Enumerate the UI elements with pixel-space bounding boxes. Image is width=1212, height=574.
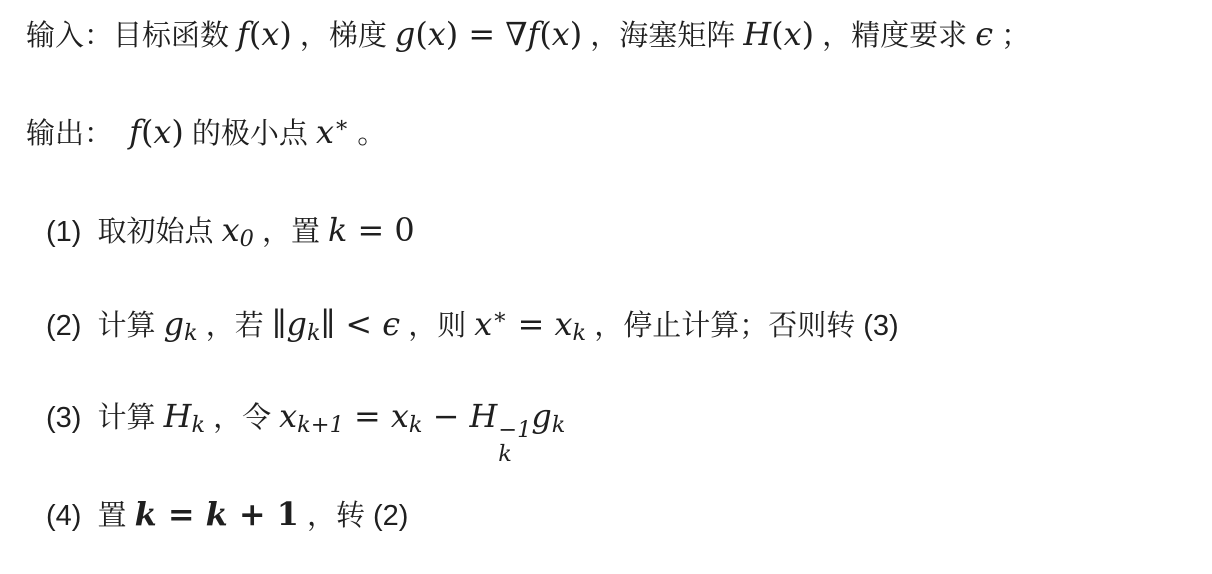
math-token: x∗	[316, 113, 349, 151]
math-token: k	[206, 495, 228, 533]
math-token: ϵ	[382, 305, 400, 343]
text-run: 。	[349, 118, 386, 150]
math-token: g	[395, 15, 415, 53]
output-line: 输出： f(x) 的极小点 x∗ 。	[26, 114, 386, 151]
math-token: (	[141, 113, 153, 151]
math-token: Hk	[164, 397, 205, 435]
math-token: 0	[240, 226, 254, 252]
math-token: = ∇	[458, 15, 527, 53]
text-run: ；	[993, 20, 1030, 52]
text-run: ，精度要求	[814, 20, 975, 52]
math-token: gk	[531, 397, 565, 435]
text-run: 输入：目标函数	[26, 20, 237, 52]
math-token: )	[802, 15, 814, 53]
text-run: ，停止计算；否则转 (3)	[586, 310, 899, 342]
math-token: k	[573, 320, 587, 346]
math-token: k	[191, 412, 205, 438]
math-token: =	[508, 305, 555, 343]
math-token: +1	[311, 412, 344, 438]
math-token: =	[157, 495, 206, 533]
math-token: ∥	[272, 305, 287, 343]
math-token: (	[539, 15, 551, 53]
text-run: ，若	[198, 310, 272, 342]
text-run: 输出：	[26, 118, 129, 150]
input-line: 输入：目标函数 f(x) ，梯度 g(x) = ∇f(x) ，海塞矩阵 H(x)…	[26, 16, 1030, 53]
math-token: k	[409, 412, 423, 438]
math-token: H−1k	[469, 397, 531, 435]
text-run: 的极小点	[184, 118, 316, 150]
text-run: (4) 置	[46, 500, 135, 532]
math-token: k	[498, 441, 512, 467]
math-token: + 1	[228, 495, 299, 533]
math-token: k	[135, 495, 157, 533]
math-token: gk	[164, 305, 198, 343]
step-1-line: (1) 取初始点 x0 ，置 k = 0	[46, 212, 415, 249]
step-2-line: (2) 计算 gk ，若 ∥gk∥ < ϵ ，则 x∗ = xk ，停止计算；否…	[46, 306, 899, 343]
math-token: x	[153, 113, 171, 151]
math-token: f	[129, 113, 141, 151]
text-run: (3) 计算	[46, 402, 164, 434]
math-token: k	[184, 320, 198, 346]
text-run: ，梯度	[292, 20, 395, 52]
step-3-line: (3) 计算 Hk ，令 xk+1 = xk − H−1kgk	[46, 398, 565, 466]
algorithm-document: 输入：目标函数 f(x) ，梯度 g(x) = ∇f(x) ，海塞矩阵 H(x)…	[0, 0, 1212, 574]
math-token: =	[344, 397, 391, 435]
math-token: x	[261, 15, 279, 53]
math-token: k	[552, 412, 566, 438]
math-token: x0	[222, 211, 254, 249]
math-token: f	[528, 15, 540, 53]
math-token: x	[428, 15, 446, 53]
math-token: xk	[391, 397, 423, 435]
math-token: k	[328, 211, 347, 249]
math-token: = 0	[347, 211, 414, 249]
text-run: ，令	[205, 402, 279, 434]
math-token: H	[743, 15, 771, 53]
math-token: x	[784, 15, 802, 53]
math-token: xk+1	[279, 397, 344, 435]
math-token: )	[279, 15, 291, 53]
sup-sub-stack: −1k	[498, 419, 531, 466]
math-token: )	[171, 113, 183, 151]
math-token: (	[415, 15, 427, 53]
math-token: )	[446, 15, 458, 53]
math-token: (	[771, 15, 783, 53]
math-token: k	[297, 412, 311, 438]
text-run: ，置	[254, 216, 328, 248]
text-run: ，转 (2)	[299, 500, 409, 532]
math-token: −1	[498, 417, 531, 443]
text-run: (2) 计算	[46, 310, 164, 342]
math-token: gk	[287, 305, 321, 343]
math-token: xk	[555, 305, 587, 343]
math-token: f	[237, 15, 249, 53]
text-run: ，则	[400, 310, 474, 342]
text-run: ，海塞矩阵	[582, 20, 743, 52]
math-token: ∥ <	[321, 305, 383, 343]
math-token: ϵ	[975, 15, 993, 53]
math-token: x	[552, 15, 570, 53]
math-token: x∗	[474, 305, 507, 343]
math-token: −	[422, 397, 469, 435]
math-token: )	[570, 15, 582, 53]
math-token: ∗	[492, 304, 507, 330]
text-run: (1) 取初始点	[46, 216, 222, 248]
math-token: (	[249, 15, 261, 53]
math-token: k	[307, 320, 321, 346]
math-token: ∗	[334, 112, 349, 138]
step-4-line: (4) 置 k = k + 1 ，转 (2)	[46, 496, 408, 533]
